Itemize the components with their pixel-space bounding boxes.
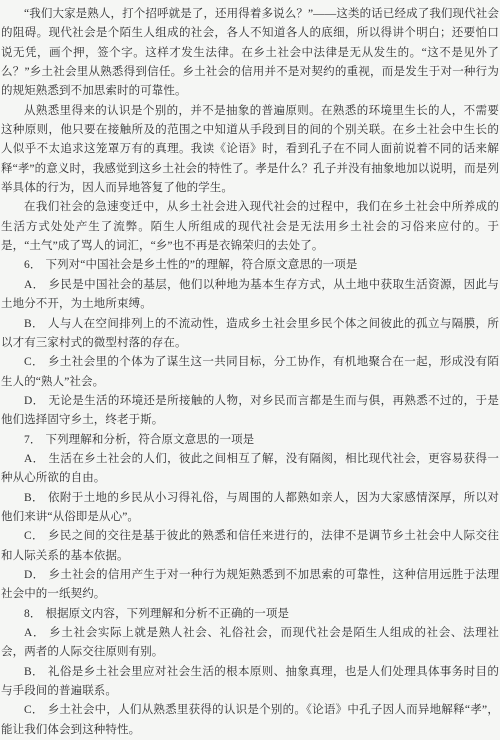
option-text: 礼俗是乡土社会里应对社会生活的根本原则、抽象真理，也是人们处理具体事务时目的与手…: [1, 666, 499, 697]
question-7-option-d: D．乡土社会的信用产生于对一种行为规矩熟悉到不加思索的可靠性，这种信用远胜于法理…: [1, 566, 499, 605]
option-label-a: A．: [24, 453, 49, 465]
question-6: 6．下列对“中国社会是乡土性的”的理解，符合原文意思的一项是 A．乡民是中国社会…: [1, 256, 499, 430]
question-8-stem: 8．根据原文内容，下列理解和分析不正确的一项是: [1, 605, 499, 624]
option-text: 乡土社会的信用产生于对一种行为规矩熟悉到不加思索的可靠性，这种信用远胜于法理社会…: [1, 569, 499, 600]
passage-paragraph-1: “我们大家是熟人，打个招呼就是了，还用得着多说么？”——这类的话已经成了我们现代…: [1, 5, 499, 102]
option-label-b: B．: [24, 492, 48, 504]
option-label-c: C．: [24, 704, 48, 716]
question-6-option-d: D．无论是生活的环境还是所接触的人物，对乡民而言都是生而与俱，再熟悉不过的，于是…: [1, 392, 499, 431]
option-label-d: D．: [24, 395, 49, 407]
document-page: “我们大家是熟人，打个招呼就是了，还用得着多说么？”——这类的话已经成了我们现代…: [0, 0, 500, 740]
option-text: 乡土社会实际上就是熟人社会、礼俗社会，而现代社会是陌生人组成的社会、法理社会，两…: [1, 627, 499, 658]
option-text: 依附于土地的乡民从小习得礼俗，与周围的人都熟如亲人，因为大家感情深厚，所以对他们…: [1, 492, 499, 523]
question-7-stem-text: 下列理解和分析，符合原文意思的一项是: [45, 434, 254, 446]
question-6-number: 6．: [24, 259, 45, 271]
option-label-c: C．: [24, 356, 48, 368]
question-7-option-b: B．依附于土地的乡民从小习得礼俗，与周围的人都熟如亲人，因为大家感情深厚，所以对…: [1, 489, 499, 528]
question-6-option-a: A．乡民是中国社会的基层，他们以种地为基本生存方式，从土地中获取生活资源，因此与…: [1, 276, 499, 315]
option-text: 人与人在空间排列上的不流动性，造成乡土社会里乡民个体之间彼此的孤立与隔膜，所以才…: [1, 318, 499, 349]
question-7: 7．下列理解和分析，符合原文意思的一项是 A．生活在乡土社会的人们，彼此之间相互…: [1, 431, 499, 605]
option-text: 乡土社会里的个体为了谋生这一共同目标，分工协作，有机地聚合在一起，形成没有陌生人…: [1, 356, 499, 387]
question-8-option-a: A．乡土社会实际上就是熟人社会、礼俗社会，而现代社会是陌生人组成的社会、法理社会…: [1, 624, 499, 663]
option-label-b: B．: [24, 666, 48, 678]
question-8-stem-text: 根据原文内容，下列理解和分析不正确的一项是: [45, 608, 289, 620]
option-text: 乡土社会中，人们从熟悉里获得的认识是个别的。《论语》中孔子因人而异地解释“孝”，…: [1, 704, 499, 735]
option-label-d: D．: [24, 569, 49, 581]
question-7-number: 7．: [24, 434, 45, 446]
option-text: 乡民之间的交往是基于彼此的熟悉和信任来进行的，法律不是调节乡土社会中人际交往和人…: [1, 530, 499, 561]
question-8-option-c: C．乡土社会中，人们从熟悉里获得的认识是个别的。《论语》中孔子因人而异地解释“孝…: [1, 701, 499, 740]
question-8-option-b: B．礼俗是乡土社会里应对社会生活的根本原则、抽象真理，也是人们处理具体事务时目的…: [1, 663, 499, 702]
question-6-option-b: B．人与人在空间排列上的不流动性，造成乡土社会里乡民个体之间彼此的孤立与隔膜，所…: [1, 315, 499, 354]
passage-paragraph-3: 在我们社会的急速变迁中，从乡土社会进入现代社会的过程中，我们在乡土社会中所养成的…: [1, 198, 499, 256]
option-text: 无论是生活的环境还是所接触的人物，对乡民而言都是生而与俱，再熟悉不过的，于是他们…: [1, 395, 499, 426]
option-text: 生活在乡土社会的人们，彼此之间相互了解，没有隔阂，相比现代社会，更容易获得一种从…: [1, 453, 499, 484]
question-6-stem: 6．下列对“中国社会是乡土性的”的理解，符合原文意思的一项是: [1, 256, 499, 275]
option-label-b: B．: [24, 318, 48, 330]
option-label-a: A．: [24, 279, 49, 291]
question-7-stem: 7．下列理解和分析，符合原文意思的一项是: [1, 431, 499, 450]
option-label-c: C．: [24, 530, 48, 542]
passage-paragraph-2: 从熟悉里得来的认识是个别的，并不是抽象的普遍原则。在熟悉的环境里生长的人，不需要…: [1, 102, 499, 199]
question-8-number: 8．: [24, 608, 45, 620]
question-7-option-c: C．乡民之间的交往是基于彼此的熟悉和信任来进行的，法律不是调节乡土社会中人际交往…: [1, 527, 499, 566]
option-label-a: A．: [24, 627, 49, 639]
question-8: 8．根据原文内容，下列理解和分析不正确的一项是 A．乡土社会实际上就是熟人社会、…: [1, 605, 499, 740]
question-6-option-c: C．乡土社会里的个体为了谋生这一共同目标，分工协作，有机地聚合在一起，形成没有陌…: [1, 353, 499, 392]
question-6-stem-text: 下列对“中国社会是乡土性的”的理解，符合原文意思的一项是: [45, 259, 357, 271]
option-text: 乡民是中国社会的基层，他们以种地为基本生存方式，从土地中获取生活资源，因此与土地…: [1, 279, 499, 310]
question-7-option-a: A．生活在乡土社会的人们，彼此之间相互了解，没有隔阂，相比现代社会，更容易获得一…: [1, 450, 499, 489]
